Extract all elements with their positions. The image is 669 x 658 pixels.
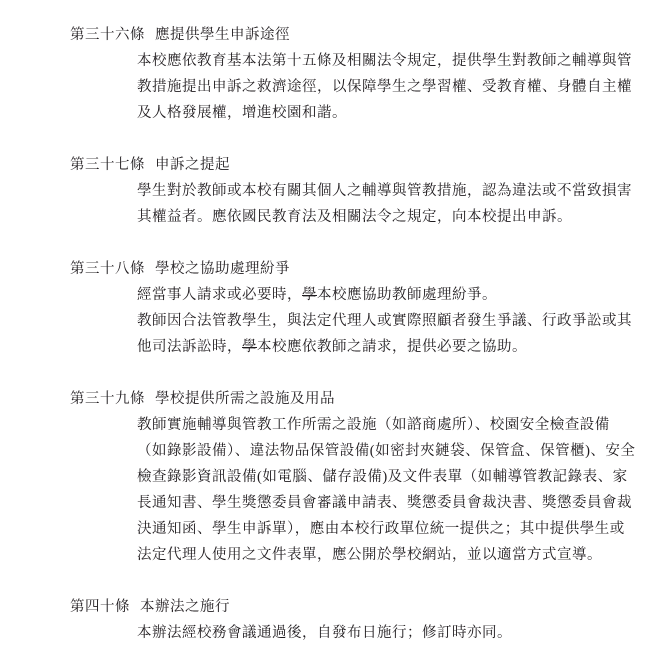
article-text-line: 教措施提出申訴之救濟途徑，以保障學生之學習權、受教育權、身體自主權 [137,74,613,100]
text-run: 長通知書、學生獎懲委員會審議申請表、獎懲委員會裁決書、獎懲委員會裁 [137,495,632,511]
article-header: 第四十條本辦法之施行 [70,594,613,620]
text-run: 決通知函、學生申訴單），應由本校行政單位統一提供之；其中提供學生或 [137,521,625,537]
text-run: 他司法訴訟時， [137,339,242,355]
text-run: 本校應依教育基本法第十五條及相關法令規定，提供學生對教師之輔導與管 [137,53,632,69]
article-text-line: 法定代理人使用之文件表單，應公開於學校網站，並以適當方式宣導。 [137,542,613,568]
article-title: 應提供學生申訴途徑 [155,27,290,43]
article-title: 學校之協助處理紛爭 [155,261,290,277]
text-run: 教師因合法管教學生，與法定代理人或實際照顧者發生爭議、行政爭訟或其 [137,313,632,329]
article-text-line: 教師因合法管教學生，與法定代理人或實際照顧者發生爭議、行政爭訟或其 [137,308,613,334]
article-header: 第三十六條應提供學生申訴途徑 [70,22,613,48]
article-body: 教師實施輔導與管教工作所需之設施（如諮商處所）、校園安全檢查設備（如錄影設備）、… [137,412,613,568]
text-run: 其權益者。應依國民教育法及相關法令之規定，向本校提出申訴。 [137,209,572,225]
article-section: 第三十八條學校之協助處理紛爭經當事人請求或必要時，學本校應協助教師處理紛爭。教師… [70,256,613,360]
article-section: 第四十條本辦法之施行本辦法經校務會議通過後，自發布日施行；修訂時亦同。 [70,594,613,646]
text-run: 檢查錄影資訊設備(如電腦、儲存設備)及文件表單（如輔導管教記錄表、家 [137,469,628,485]
article-body: 學生對於教師或本校有關其個人之輔導與管教措施，認為違法或不當致損害其權益者。應依… [137,178,613,230]
article-body: 本辦法經校務會議通過後，自發布日施行；修訂時亦同。 [137,620,613,646]
article-text-line: 本校應依教育基本法第十五條及相關法令規定，提供學生對教師之輔導與管 [137,48,613,74]
article-title: 申訴之提起 [155,157,230,173]
article-text-line: （如錄影設備）、違法物品保管設備(如密封夾鏈袋、保管盒、保管櫃)、安全 [137,438,613,464]
article-number: 第三十八條 [70,261,145,277]
article-body: 本校應依教育基本法第十五條及相關法令規定，提供學生對教師之輔導與管教措施提出申訴… [137,48,613,126]
text-run: 本校應依教師之請求，提供必要之協助。 [257,339,527,355]
article-text-line: 學生對於教師或本校有關其個人之輔導與管教措施，認為違法或不當致損害 [137,178,613,204]
article-text-line: 他司法訴訟時，學本校應依教師之請求，提供必要之協助。 [137,334,613,360]
article-title: 學校提供所需之設施及用品 [155,391,335,407]
text-run: 教措施提出申訴之救濟途徑，以保障學生之學習權、受教育權、身體自主權 [137,79,632,95]
text-run: 教師實施輔導與管教工作所需之設施（如諮商處所）、校園安全檢查設備 [137,417,610,433]
article-text-line: 決通知函、學生申訴單），應由本校行政單位統一提供之；其中提供學生或 [137,516,613,542]
text-run: 法定代理人使用之文件表單，應公開於學校網站，並以適當方式宣導。 [137,547,602,563]
article-text-line: 本辦法經校務會議通過後，自發布日施行；修訂時亦同。 [137,620,613,646]
article-header: 第三十九條學校提供所需之設施及用品 [70,386,613,412]
article-title: 本辦法之施行 [140,599,230,615]
deleted-text-run: 學 [302,287,317,303]
article-number: 第三十六條 [70,27,145,43]
article-text-line: 教師實施輔導與管教工作所需之設施（如諮商處所）、校園安全檢查設備 [137,412,613,438]
document-page: 第三十六條應提供學生申訴途徑本校應依教育基本法第十五條及相關法令規定，提供學生對… [0,0,669,658]
article-section: 第三十六條應提供學生申訴途徑本校應依教育基本法第十五條及相關法令規定，提供學生對… [70,22,613,126]
text-run: 學生對於教師或本校有關其個人之輔導與管教措施，認為違法或不當致損害 [137,183,632,199]
text-run: 本校應協助教師處理紛爭。 [317,287,497,303]
article-text-line: 其權益者。應依國民教育法及相關法令之規定，向本校提出申訴。 [137,204,613,230]
article-number: 第三十九條 [70,391,145,407]
text-run: 本辦法經校務會議通過後，自發布日施行；修訂時亦同。 [137,625,512,641]
article-section: 第三十七條申訴之提起學生對於教師或本校有關其個人之輔導與管教措施，認為違法或不當… [70,152,613,230]
article-body: 經當事人請求或必要時，學本校應協助教師處理紛爭。教師因合法管教學生，與法定代理人… [137,282,613,360]
article-number: 第四十條 [70,599,130,615]
text-run: （如錄影設備）、違法物品保管設備(如密封夾鏈袋、保管盒、保管櫃)、安全 [137,443,635,459]
article-header: 第三十七條申訴之提起 [70,152,613,178]
text-run: 經當事人請求或必要時， [137,287,302,303]
article-number: 第三十七條 [70,157,145,173]
article-text-line: 經當事人請求或必要時，學本校應協助教師處理紛爭。 [137,282,613,308]
articles-container: 第三十六條應提供學生申訴途徑本校應依教育基本法第十五條及相關法令規定，提供學生對… [70,22,613,646]
article-section: 第三十九條學校提供所需之設施及用品教師實施輔導與管教工作所需之設施（如諮商處所）… [70,386,613,568]
article-text-line: 長通知書、學生獎懲委員會審議申請表、獎懲委員會裁決書、獎懲委員會裁 [137,490,613,516]
article-text-line: 檢查錄影資訊設備(如電腦、儲存設備)及文件表單（如輔導管教記錄表、家 [137,464,613,490]
article-text-line: 及人格發展權，增進校園和諧。 [137,100,613,126]
text-run: 及人格發展權，增進校園和諧。 [137,105,347,121]
deleted-text-run: 學 [242,339,257,355]
article-header: 第三十八條學校之協助處理紛爭 [70,256,613,282]
